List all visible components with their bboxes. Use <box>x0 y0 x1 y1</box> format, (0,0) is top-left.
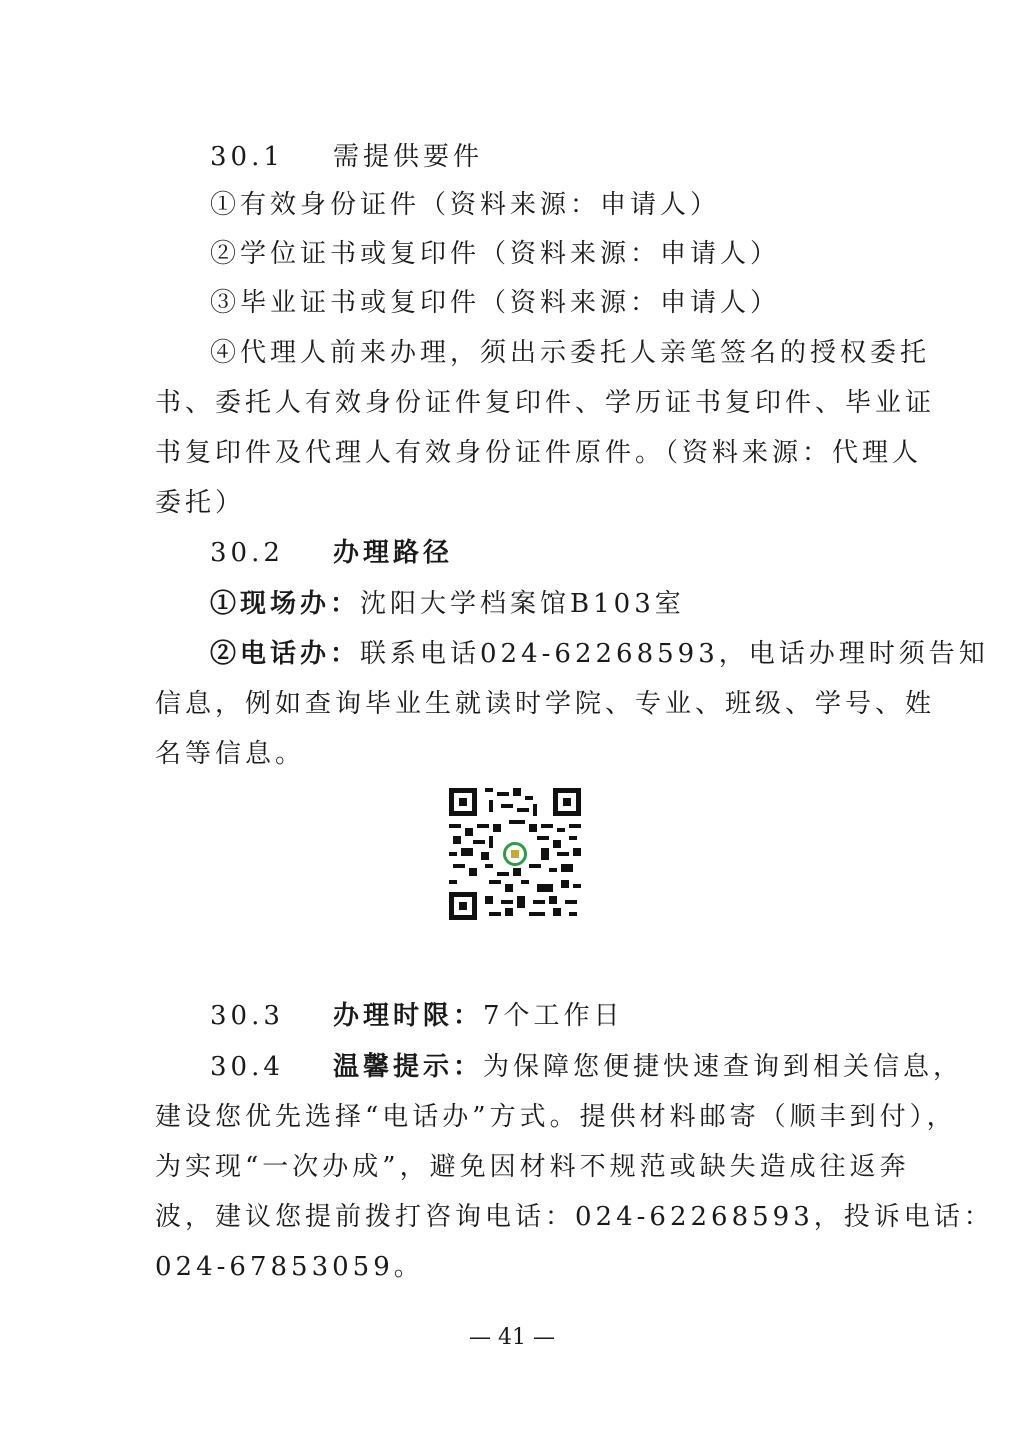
section-30-4-line-1: 30.4 温馨提示：为保障您便捷快速查询到相关信息， <box>210 1050 963 1084</box>
tip-text-line-5: 024-67853059。 <box>155 1250 424 1284</box>
requirement-item-2: ②学位证书或复印件（资料来源：申请人） <box>210 237 780 271</box>
qr-finder-icon <box>449 892 477 920</box>
section-number: 30.1 <box>210 142 284 172</box>
qr-code-block <box>425 782 605 926</box>
phone-label: ②电话办： <box>210 639 360 669</box>
qr-code-image <box>449 788 581 920</box>
section-number: 30.3 <box>210 1001 284 1031</box>
section-number: 30.2 <box>210 538 284 568</box>
requirement-item-1: ①有效身份证件（资料来源：申请人） <box>210 188 720 222</box>
requirement-item-4-line-2: 书、委托人有效身份证件复印件、学历证书复印件、毕业证 <box>155 386 935 420</box>
requirement-item-4-line-3: 书复印件及代理人有效身份证件原件。（资料来源：代理人 <box>155 436 922 470</box>
section-number: 30.4 <box>210 1052 284 1082</box>
phone-route-line-2: 信息，例如查询毕业生就读时学院、专业、班级、学号、姓 <box>155 687 935 721</box>
university-logo-icon <box>503 842 527 866</box>
tip-text-line-3: 为实现“一次办成”，避免因材料不规范或缺失造成往返奔 <box>155 1150 910 1184</box>
qr-finder-icon <box>553 788 581 816</box>
section-30-2-heading: 30.2 办理路径 <box>210 536 453 570</box>
time-limit-label: 办理时限： <box>333 1001 483 1031</box>
page-number: — 41 — <box>0 1325 1024 1350</box>
section-30-1-heading: 30.1 需提供要件 <box>210 140 483 174</box>
phone-value-line-1: 联系电话024-62268593，电话办理时须告知 <box>360 639 989 669</box>
requirement-item-3: ③毕业证书或复印件（资料来源：申请人） <box>210 286 780 320</box>
requirement-item-4-line-1: ④代理人前来办理，须出示委托人亲笔签名的授权委托 <box>210 336 930 370</box>
tip-text-line-4: 波，建议您提前拨打咨询电话：024-62268593，投诉电话： <box>155 1200 994 1234</box>
phone-route: ②电话办：联系电话024-62268593，电话办理时须告知 <box>210 637 989 671</box>
phone-route-line-3: 名等信息。 <box>155 737 305 771</box>
section-title: 需提供要件 <box>333 142 483 172</box>
tip-label: 温馨提示： <box>333 1052 483 1082</box>
onsite-route: ①现场办：沈阳大学档案馆B103室 <box>210 587 685 621</box>
tip-text-line-2: 建设您优先选择“电话办”方式。提供材料邮寄（顺丰到付）， <box>155 1100 957 1134</box>
onsite-label: ①现场办： <box>210 589 360 619</box>
qr-finder-icon <box>449 788 477 816</box>
onsite-value: 沈阳大学档案馆B103室 <box>360 589 685 619</box>
time-limit-value: 7个工作日 <box>483 1001 624 1031</box>
tip-text-line-1: 为保障您便捷快速查询到相关信息， <box>483 1052 963 1082</box>
section-30-3: 30.3 办理时限：7个工作日 <box>210 999 624 1033</box>
requirement-item-4-line-4: 委托） <box>155 486 245 520</box>
section-title: 办理路径 <box>333 538 453 568</box>
